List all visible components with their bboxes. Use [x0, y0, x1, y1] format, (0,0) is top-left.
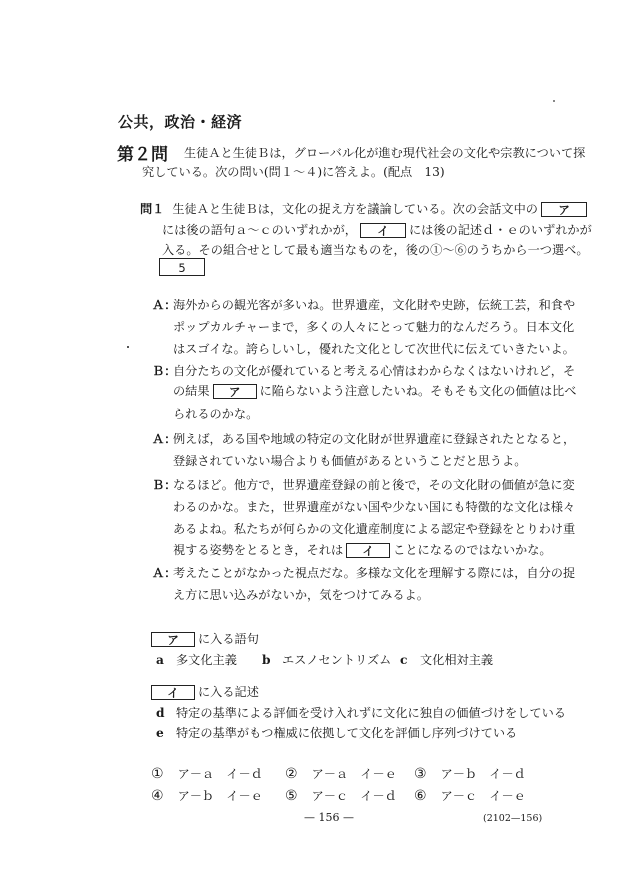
blank-box-b-ref: イ	[151, 685, 195, 700]
dialogue-line: わるのかな。また，世界遺産がない国や少ない国にも特徴的な文化は様々	[173, 498, 575, 515]
dialogue-line: 視する姿勢をとるとき，それはイことになるのではないかな。	[173, 541, 552, 558]
dialogue-line: られるのかな。	[173, 405, 258, 422]
blank-box-b: イ	[360, 223, 406, 238]
q1-line-1: 問１生徒Ａと生徒Ｂは，文化の捉え方を議論している。次の会話文中のア	[140, 200, 590, 217]
options-b-heading: イに入る記述	[151, 683, 259, 700]
dialogue-line: 考えたことがなかった視点だな。多様な文化を理解する際には，自分の捉	[173, 564, 575, 581]
subject-heading: 公共，政治・経済	[118, 111, 242, 132]
dialogue-line: え方に思い込みがないか，気をつけてみるよ。	[173, 586, 429, 603]
dialogue-a2-speaker: Ａ：	[152, 430, 172, 447]
answer-choice-1[interactable]: ①ア－ａ イ－ｄ	[151, 765, 263, 782]
q1-text-2a: には後の語句ａ～ｃのいずれかが，	[162, 223, 357, 237]
answer-choice-5[interactable]: ⑤ア－ｃ イ－ｄ	[285, 787, 397, 804]
option-a-row: a多文化主義bエスノセントリズムc文化相対主義	[156, 651, 493, 668]
dialogue-line: なるほど。他方で，世界遺産登録の前と後で，その文化財の価値が急に変	[173, 476, 575, 493]
blank-box-a: ア	[541, 202, 587, 217]
options-a-heading: アに入る語句	[151, 630, 259, 647]
answer-choice-6[interactable]: ⑥ア－ｃ イ－ｅ	[414, 787, 526, 804]
question-intro-line-2: 究している。次の問い(問１～４)に答えよ。(配点 13)	[142, 163, 445, 180]
q1-text-1: 生徒Ａと生徒Ｂは，文化の捉え方を議論している。次の会話文中の	[172, 202, 538, 216]
option-d: d特定の基準による評価を受け入れずに文化に独自の価値づけをしている	[156, 704, 566, 721]
dialogue-a1-speaker: Ａ：	[152, 296, 172, 313]
dialogue-line: 海外からの観光客が多いね。世界遺産，文化財や史跡，伝統工芸，和食や	[173, 296, 575, 313]
dialogue-a3-speaker: Ａ：	[152, 564, 172, 581]
choice-number: ④	[151, 788, 164, 804]
blank-box-a-ref: ア	[151, 632, 195, 647]
choice-number: ①	[151, 766, 164, 782]
blank-box-b-inline: イ	[346, 543, 390, 558]
scan-speck	[127, 346, 129, 348]
dialogue-b1-speaker: Ｂ：	[152, 362, 172, 379]
q1-line-2: には後の語句ａ～ｃのいずれかが，イには後の記述ｄ・ｅのいずれかが	[162, 221, 592, 238]
answer-choice-4[interactable]: ④ア－ｂ イ－ｅ	[151, 787, 263, 804]
dialogue-line: 自分たちの文化が優れていると考える心情はわからなくはないけれど，そ	[173, 362, 575, 379]
dialogue-line: 登録されていない場合よりも価値があるということだと思うよ。	[173, 452, 526, 469]
choice-number: ⑥	[414, 788, 427, 804]
choice-number: ⑤	[285, 788, 298, 804]
dialogue-line: の結果アに陥らないよう注意したいね。そもそも文化の価値は比べ	[173, 382, 576, 399]
page-number: — 156 —	[304, 811, 354, 824]
option-e: e特定の基準がもつ権威に依拠して文化を評価し序列づけている	[156, 724, 517, 741]
page-code: (2102—156)	[483, 813, 542, 824]
scan-speck	[553, 100, 555, 102]
dialogue-b2-speaker: Ｂ：	[152, 476, 172, 493]
dialogue-line: 例えば，ある国や地域の特定の文化財が世界遺産に登録されたとなると，	[173, 430, 575, 447]
answer-slot: 5	[159, 256, 205, 276]
answer-number-box: 5	[159, 258, 205, 276]
q1-label: 問１	[140, 202, 164, 216]
q1-text-2b: には後の記述ｄ・ｅのいずれかが	[409, 223, 592, 237]
blank-box-a-inline: ア	[213, 384, 257, 399]
q1-line-3: 入る。その組合せとして最も適当なものを，後の①～⑥のうちから一つ選べ。	[162, 241, 589, 258]
question-number: 第２問	[117, 140, 168, 165]
answer-choice-3[interactable]: ③ア－ｂ イ－ｄ	[414, 765, 526, 782]
answer-choice-2[interactable]: ②ア－ａ イ－ｅ	[285, 765, 397, 782]
choice-number: ③	[414, 766, 427, 782]
dialogue-line: あるよね。私たちが何らかの文化遺産制度による認定や登録をとりわけ重	[173, 520, 575, 537]
choice-number: ②	[285, 766, 298, 782]
dialogue-line: ポップカルチャーまで，多くの人々にとって魅力的なんだろう。日本文化	[173, 318, 574, 335]
question-intro-line-1: 生徒Ａと生徒Ｂは，グローバル化が進む現代社会の文化や宗教について探	[184, 144, 585, 161]
dialogue-line: はスゴイな。誇らしいし，優れた文化として次世代に伝えていきたいよ。	[173, 340, 575, 357]
